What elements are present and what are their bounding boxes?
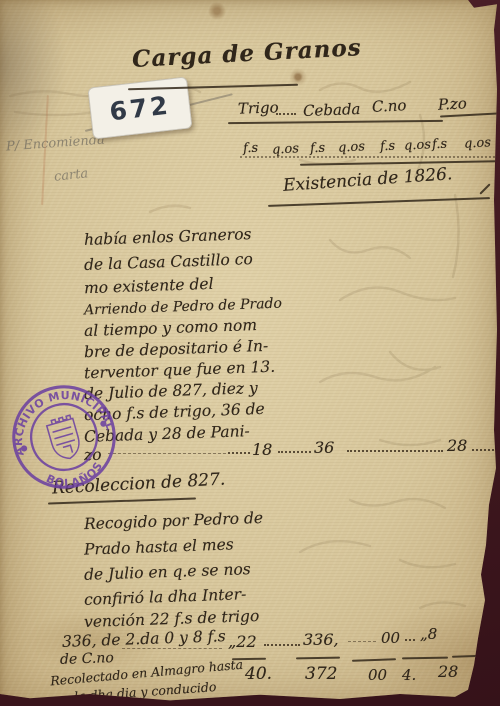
manuscript-scan: { "page": { "archive_label": "672", "pen… (0, 0, 500, 706)
total-flourish: ) (476, 660, 487, 683)
manuscript-line: de Julio en q.e se nos (84, 560, 251, 584)
header-rule-left (228, 120, 443, 124)
unit-label: f.s (432, 137, 448, 153)
stamp-coat-of-arms (46, 415, 83, 462)
manuscript-line: vención 22 f.s de trigo (84, 607, 260, 631)
row1-leader (472, 449, 498, 451)
archive-number: 672 (108, 90, 172, 126)
unit-label: q.os (338, 139, 366, 155)
column-header-cebada: Cebada (303, 100, 361, 120)
unit-label: q.os (404, 137, 432, 153)
sum-rule (352, 658, 396, 662)
manuscript-line: Arriendo de Pedro de Prado (84, 296, 282, 319)
manuscript-line: de C.no (60, 650, 114, 668)
value-trigo-827: „22 (228, 632, 257, 651)
unit-label: f.s (310, 141, 326, 157)
manuscript-line: Prado hasta el mes (84, 535, 234, 558)
sum-rule (402, 657, 448, 660)
manuscript-line: mo existente del (84, 275, 214, 298)
recoleccion-underline (48, 497, 196, 505)
manuscript-line: confirió la dha Inter- (84, 585, 247, 609)
section-heading-existencia: Existencia de 1826. (283, 164, 453, 196)
manuscript-line: había enlos Graneros (84, 225, 252, 249)
total-centeno: 00 (368, 666, 387, 684)
manuscript-line: al tiempo y como nom (84, 316, 258, 340)
unit-label: f.s (243, 141, 259, 157)
manuscript-line: bre de depositario é In- (84, 337, 269, 361)
sum-rule (452, 654, 497, 658)
manuscript-line: de la Casa Castillo co (84, 250, 253, 274)
value-cebada-1826: 36 (314, 438, 334, 457)
units-rule (300, 160, 498, 165)
value-panizo-1826: 28 (447, 436, 467, 455)
total-panizo: 28 (438, 662, 458, 681)
value-cebada-827: 336, (303, 630, 339, 649)
sum-rule (296, 657, 340, 660)
header-rule-right (440, 112, 498, 117)
row2-leader (264, 644, 300, 646)
row2-leader (122, 648, 222, 649)
header-leader (276, 113, 296, 115)
column-header-centeno: C.no (372, 96, 407, 116)
value-trigo-1826: 18 (252, 440, 272, 459)
manuscript-page: P/ Encomienda carta 672 Carga de Granos … (0, 0, 500, 706)
existencia-underline-tick (479, 183, 490, 194)
units-leader (240, 156, 495, 158)
unit-label: f.s (380, 139, 396, 155)
unit-label: q.os (464, 135, 492, 151)
page-title: Carga de Granos (131, 34, 362, 73)
manuscript-line: Recogido por Pedro de (84, 509, 264, 533)
total-trigo: 40. (245, 664, 272, 684)
row1-leader (347, 450, 443, 452)
row2-leader (405, 639, 415, 641)
value-centeno-827: 00 (381, 629, 400, 647)
pencil-note-2: carta (53, 166, 89, 184)
column-header-trigo: Trigo (238, 98, 279, 117)
row1-leader (228, 452, 250, 454)
total-cebada: 372 (305, 664, 337, 684)
value-panizo-827: „8 (420, 625, 437, 643)
total-centeno-q: 4. (402, 666, 416, 684)
row2-leader (348, 641, 376, 642)
row1-leader (278, 451, 311, 453)
pencil-note-1: P/ Encomienda (6, 133, 106, 155)
column-header-panizo: P.zo (438, 94, 468, 113)
existencia-underline (268, 197, 490, 207)
